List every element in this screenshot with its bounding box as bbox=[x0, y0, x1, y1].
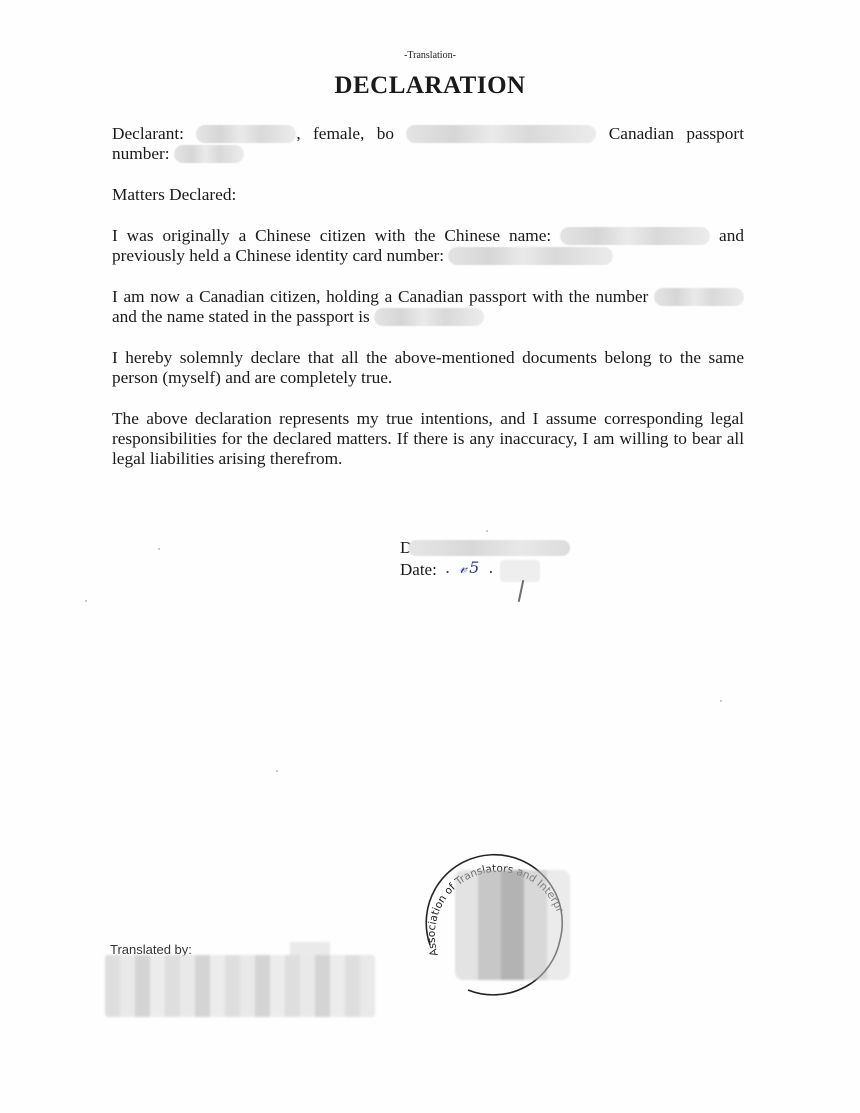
scan-speck bbox=[720, 700, 722, 702]
redacted-name bbox=[196, 125, 296, 143]
redacted-birth-info bbox=[406, 125, 596, 143]
scan-speck bbox=[276, 770, 278, 772]
declarant-passport-text: Canadian passport bbox=[609, 124, 744, 143]
document-body: Declarant: , female, bo Canadian passpor… bbox=[112, 124, 744, 490]
declarant-label: Declarant: bbox=[112, 124, 184, 143]
declarant-paragraph: Declarant: , female, bo Canadian passpor… bbox=[112, 124, 744, 164]
scan-speck bbox=[158, 548, 160, 550]
redacted-date bbox=[500, 560, 540, 582]
passport-number-label: number: bbox=[112, 144, 170, 163]
solemn-declaration-paragraph: I hereby solemnly declare that all the a… bbox=[112, 348, 744, 388]
redacted-passport-number-2 bbox=[654, 288, 744, 306]
redacted-signature bbox=[408, 540, 570, 556]
scan-speck bbox=[486, 530, 488, 532]
redacted-passport-name bbox=[374, 308, 484, 326]
translation-note: -Translation- bbox=[0, 50, 860, 61]
chinese-citizen-paragraph: I was originally a Chinese citizen with … bbox=[112, 226, 744, 266]
paragraph2-part1: I am now a Canadian citizen, holding a C… bbox=[112, 287, 648, 306]
liability-paragraph: The above declaration represents my true… bbox=[112, 409, 744, 469]
matters-declared-heading: Matters Declared: bbox=[112, 185, 744, 205]
paragraph1-part1: I was originally a Chinese citizen with … bbox=[112, 226, 551, 245]
redacted-seal-center bbox=[455, 870, 570, 980]
redacted-translator-info bbox=[105, 955, 375, 1017]
paragraph2-part2: and the name stated in the passport is bbox=[112, 307, 370, 326]
declarant-gender-text: , female, bo bbox=[296, 124, 394, 143]
handwriting-stroke bbox=[518, 580, 525, 602]
redacted-chinese-name bbox=[560, 227, 710, 245]
redacted-passport-number bbox=[174, 145, 244, 163]
date-label: Date: bbox=[400, 560, 437, 580]
canadian-citizen-paragraph: I am now a Canadian citizen, holding a C… bbox=[112, 287, 744, 327]
scan-speck bbox=[85, 600, 87, 602]
document-page: -Translation- DECLARATION Declarant: , f… bbox=[0, 0, 860, 1113]
document-title: DECLARATION bbox=[0, 72, 860, 100]
handwritten-date: . 𝓋5 . bbox=[445, 558, 495, 578]
redacted-id-number bbox=[448, 247, 613, 265]
